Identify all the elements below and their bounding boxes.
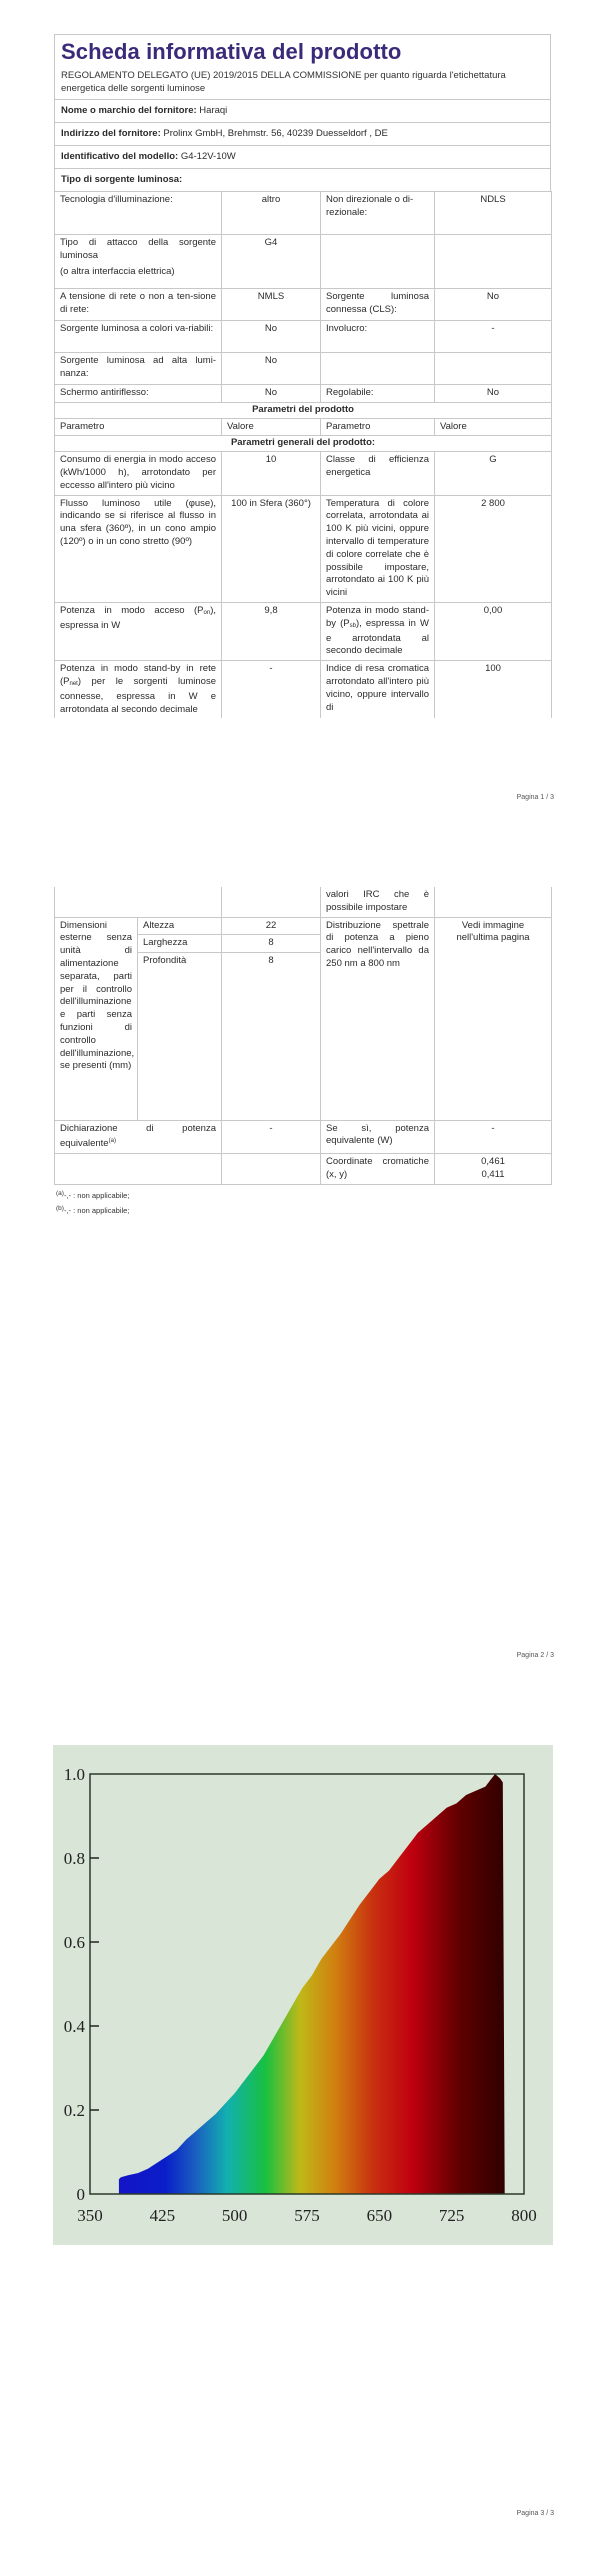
table-row: Coordinate cromatiche (x, y) 0,4610,411	[55, 1154, 552, 1185]
col-header-value: Valore	[222, 418, 321, 436]
x-tick-label: 650	[367, 2206, 393, 2225]
supplier-address: Prolinx GmbH, Brehmstr. 56, 40239 Duesse…	[163, 128, 387, 139]
table-row: Schermo antiriflesso: No Regolabile: No	[55, 385, 552, 403]
empty-cell	[321, 353, 435, 385]
x-tick-label: 500	[222, 2206, 248, 2225]
y-tick-label: 1.0	[64, 1765, 85, 1784]
col-header-param: Parametro	[55, 418, 222, 436]
y-tick-label: 0	[77, 2185, 86, 2204]
source-type-label: Tipo di sorgente luminosa:	[61, 174, 182, 185]
width-value: 8	[222, 935, 321, 953]
psb-value: 0,00	[435, 602, 552, 660]
pnet-subscript: net	[70, 681, 78, 687]
antiglare-value: No	[222, 385, 321, 403]
cap-label-text: Tipo di attacco della sorgente luminosa	[60, 237, 216, 263]
section-title-params: Parametri del prodotto	[55, 402, 552, 418]
table-row: Dimensioni esterne senza unità di alimen…	[55, 917, 552, 935]
spectral-distribution-chart: 00.20.40.60.81.0350425500575650725800	[53, 1745, 553, 2245]
supplier-name-row: Nome o marchio del fornitore: Haraqi	[55, 99, 550, 122]
footnotes: (a)-,- : non applicabile; (b)-,- : non a…	[54, 1187, 551, 1217]
cri-label-continued: valori IRC che è possibile impostare	[321, 887, 435, 917]
depth-value: 8	[222, 953, 321, 1120]
footnote-ref: (a)	[109, 1138, 116, 1144]
equivalent-watt-label: Se sì, potenza equivalente (W)	[321, 1120, 435, 1154]
table-row: Parametri generali del prodotto:	[55, 436, 552, 452]
chromaticity-y: 0,411	[440, 1169, 546, 1182]
y-tick-label: 0.4	[64, 2017, 86, 2036]
flux-label: Flusso luminoso utile (φuse), indicando …	[55, 495, 222, 602]
energy-label: Consumo di energia in modo acceso (kWh/1…	[55, 452, 222, 495]
pon-label: Potenza in modo acceso (Pon), espressa i…	[55, 602, 222, 660]
cap-label: Tipo di attacco della sorgente luminosa(…	[55, 235, 222, 289]
cct-value: 2 800	[435, 495, 552, 602]
x-tick-label: 800	[511, 2206, 537, 2225]
page-1: Scheda informativa del prodotto REGOLAME…	[0, 0, 604, 850]
page-footer: Pagina 1 / 3	[517, 794, 554, 801]
supplier-address-row: Indirizzo del fornitore: Prolinx GmbH, B…	[55, 122, 550, 145]
height-label: Altezza	[138, 917, 222, 935]
cap-value: G4	[222, 235, 321, 289]
chromaticity-value: 0,4610,411	[435, 1154, 552, 1185]
color-tunable-value: No	[222, 321, 321, 353]
x-tick-label: 725	[439, 2206, 465, 2225]
table-row: Tecnologia d'illuminazione: altro Non di…	[55, 192, 552, 235]
cri-value: 100	[435, 661, 552, 719]
y-tick-label: 0.2	[64, 2101, 85, 2120]
high-luminance-label: Sorgente luminosa ad alta lumi-nanza:	[55, 353, 222, 385]
table-row: Sorgente luminosa ad alta lumi-nanza: No	[55, 353, 552, 385]
mains-value: NMLS	[222, 289, 321, 321]
dimmable-value: No	[435, 385, 552, 403]
supplier-address-label: Indirizzo del fornitore:	[61, 128, 161, 139]
pnet-label-text: ) per le sorgenti luminose connesse, esp…	[60, 676, 216, 715]
equivalent-watt-value: -	[435, 1120, 552, 1154]
page-title: Scheda informativa del prodotto	[55, 35, 550, 67]
section-title-general: Parametri generali del prodotto:	[55, 436, 552, 452]
cls-value: No	[435, 289, 552, 321]
pon-value: 9,8	[222, 602, 321, 660]
chromaticity-x: 0,461	[440, 1156, 546, 1169]
cri-label: Indice di resa cromatica arrotondato all…	[321, 661, 435, 719]
table-row: Parametri del prodotto	[55, 402, 552, 418]
flux-value: 100 in Sfera (360°)	[222, 495, 321, 602]
source-type-table: Tecnologia d'illuminazione: altro Non di…	[54, 191, 552, 718]
height-value: 22	[222, 917, 321, 935]
empty-cell	[435, 235, 552, 289]
supplier-name-label: Nome o marchio del fornitore:	[61, 105, 197, 116]
table-row: Flusso luminoso utile (φuse), indicando …	[55, 495, 552, 602]
dimensions-label: Dimensioni esterne senza unità di alimen…	[55, 917, 138, 1120]
footnote-mark: (a)	[56, 1190, 64, 1197]
model-label: Identificativo del modello:	[61, 151, 178, 162]
empty-cell	[321, 235, 435, 289]
model-identifier: G4-12V-10W	[181, 151, 236, 162]
equivalent-power-value: -	[222, 1120, 321, 1154]
x-tick-label: 425	[150, 2206, 176, 2225]
envelope-value: -	[435, 321, 552, 353]
dimmable-label: Regolabile:	[321, 385, 435, 403]
pnet-label: Potenza in modo stand-by in rete (Pnet) …	[55, 661, 222, 719]
chromaticity-label: Coordinate cromatiche (x, y)	[321, 1154, 435, 1185]
equivalent-power-label: Dichiarazione di potenza equivalente(a)	[55, 1120, 222, 1154]
pon-label-text: Potenza in modo acceso (P	[60, 605, 204, 616]
table-row: Potenza in modo acceso (Pon), espressa i…	[55, 602, 552, 660]
table-row: Sorgente luminosa a colori va-riabili: N…	[55, 321, 552, 353]
table-row: A tensione di rete o non a ten-sione di …	[55, 289, 552, 321]
tech-label: Tecnologia d'illuminazione:	[55, 192, 222, 235]
energy-class-label: Classe di efficienza energetica	[321, 452, 435, 495]
cct-label: Temperatura di colore correlata, arroton…	[321, 495, 435, 602]
footnote-a: (a)-,- : non applicabile;	[56, 1187, 551, 1202]
equivalent-power-text: Dichiarazione di potenza equivalente	[60, 1123, 216, 1150]
cls-label: Sorgente luminosa connessa (CLS):	[321, 289, 435, 321]
col-header-param: Parametro	[321, 418, 435, 436]
energy-class-value: G	[435, 452, 552, 495]
spd-label: Distribuzione spettrale di potenza a pie…	[321, 917, 435, 1120]
empty-cell	[55, 887, 222, 917]
mains-label: A tensione di rete o non a ten-sione di …	[55, 289, 222, 321]
envelope-label: Involucro:	[321, 321, 435, 353]
cap-label-note: (o altra interfaccia elettrica)	[60, 266, 216, 279]
source-type-row: Tipo di sorgente luminosa:	[55, 168, 550, 191]
table-row: Tipo di attacco della sorgente luminosa(…	[55, 235, 552, 289]
page-2: valori IRC che è possibile impostare Dim…	[0, 850, 604, 1700]
params-table-continued: valori IRC che è possibile impostare Dim…	[54, 887, 552, 1185]
footnote-text: -,- : non applicabile;	[64, 1206, 129, 1215]
y-tick-label: 0.8	[64, 1849, 85, 1868]
table-row: Potenza in modo stand-by in rete (Pnet) …	[55, 661, 552, 719]
psb-label: Potenza in modo stand-by (Psb), espressa…	[321, 602, 435, 660]
directional-value: NDLS	[435, 192, 552, 235]
table-row: Consumo di energia in modo acceso (kWh/1…	[55, 452, 552, 495]
depth-label: Profondità	[138, 953, 222, 1120]
supplier-name: Haraqi	[199, 105, 227, 116]
table-row: valori IRC che è possibile impostare	[55, 887, 552, 917]
antiglare-label: Schermo antiriflesso:	[55, 385, 222, 403]
color-tunable-label: Sorgente luminosa a colori va-riabili:	[55, 321, 222, 353]
table-header-row: Parametro Valore Parametro Valore	[55, 418, 552, 436]
empty-cell	[55, 1154, 222, 1185]
page-footer: Pagina 2 / 3	[517, 1652, 554, 1659]
model-row: Identificativo del modello: G4-12V-10W	[55, 145, 550, 168]
x-tick-label: 350	[77, 2206, 103, 2225]
high-luminance-value: No	[222, 353, 321, 385]
tech-value: altro	[222, 192, 321, 235]
footnote-b: (b)-,- : non applicabile;	[56, 1202, 551, 1217]
width-label: Larghezza	[138, 935, 222, 953]
empty-cell	[222, 1154, 321, 1185]
energy-value: 10	[222, 452, 321, 495]
empty-cell	[222, 887, 321, 917]
pnet-value: -	[222, 661, 321, 719]
table-row: Dichiarazione di potenza equivalente(a) …	[55, 1120, 552, 1154]
empty-cell	[435, 353, 552, 385]
y-tick-label: 0.6	[64, 1933, 85, 1952]
footnote-text: -,- : non applicabile;	[64, 1191, 129, 1200]
spd-value: Vedi immagine nell'ultima pagina	[435, 917, 552, 1120]
col-header-value: Valore	[435, 418, 552, 436]
regulation-subtitle: REGOLAMENTO DELEGATO (UE) 2019/2015 DELL…	[55, 67, 550, 99]
page-footer: Pagina 3 / 3	[517, 2510, 554, 2517]
empty-cell	[435, 887, 552, 917]
directional-label: Non direzionale o di-rezionale:	[321, 192, 435, 235]
footnote-mark: (b)	[56, 1205, 64, 1212]
header-block: Scheda informativa del prodotto REGOLAME…	[54, 34, 551, 192]
x-tick-label: 575	[294, 2206, 320, 2225]
